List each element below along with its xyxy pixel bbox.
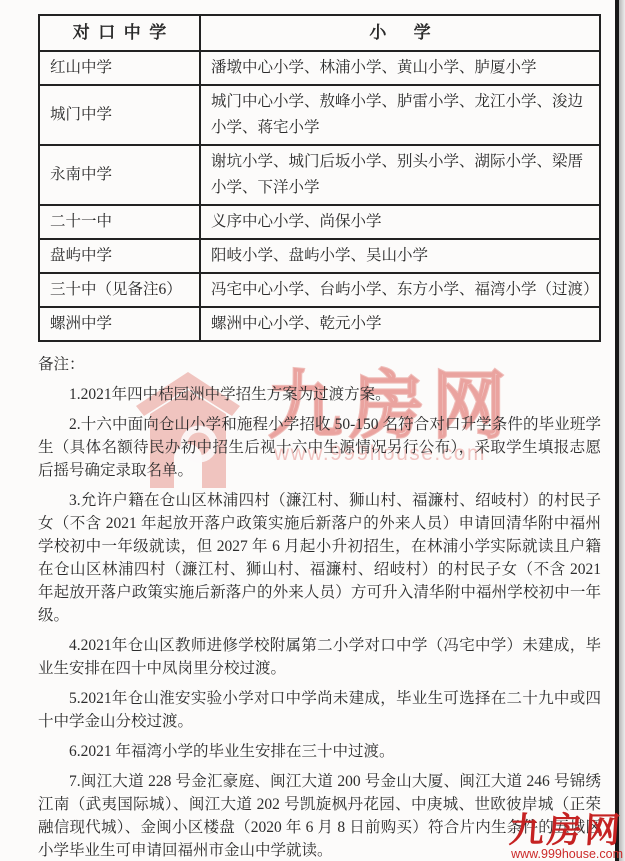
scan-edge-line — [615, 0, 619, 861]
note-item-4: 4.2021年仓山区教师进修学校附属第二小学对口中学（冯宅中学）未建成，毕业生安… — [38, 634, 601, 680]
note-item-2: 2.十六中面向仓山小学和施程小学招收 50-150 名符合对口升学条件的毕业班学… — [38, 413, 601, 482]
primary-schools-cell: 阳岐小学、盘屿小学、吴山小学 — [200, 239, 600, 273]
header-middle-school-label: 对口中学 — [64, 23, 175, 42]
document-page: 对口中学 小学 红山中学 潘墩中心小学、林浦小学、黄山小学、胪厦小学 城门中学 … — [0, 0, 625, 861]
header-primary-school-label: 小学 — [342, 23, 458, 42]
note-item-7: 7.闽江大道 228 号金汇豪庭、闽江大道 200 号金山大厦、闽江大道 246… — [38, 770, 601, 861]
primary-schools-cell: 义序中心小学、尚保小学 — [200, 205, 600, 239]
table-row: 永南中学 谢坑小学、城门后坂小学、别头小学、湖际小学、梁厝小学、下洋小学 — [39, 145, 600, 205]
notes-section: 备注： 1.2021年四中桔园洲中学招生方案为过渡方案。 2.十六中面向仓山小学… — [38, 353, 601, 861]
middle-school-cell: 盘屿中学 — [39, 239, 200, 273]
table-row: 二十一中 义序中心小学、尚保小学 — [39, 205, 600, 239]
middle-school-cell: 永南中学 — [39, 145, 200, 205]
header-primary-school: 小学 — [200, 15, 600, 51]
primary-schools-cell: 冯宅中心小学、台屿小学、东方小学、福湾小学（过渡） — [200, 273, 600, 307]
primary-schools-cell: 谢坑小学、城门后坂小学、别头小学、湖际小学、梁厝小学、下洋小学 — [200, 145, 600, 205]
notes-title: 备注： — [38, 353, 601, 376]
school-mapping-table: 对口中学 小学 红山中学 潘墩中心小学、林浦小学、黄山小学、胪厦小学 城门中学 … — [38, 14, 601, 342]
middle-school-cell: 二十一中 — [39, 205, 200, 239]
middle-school-cell: 螺洲中学 — [39, 307, 200, 341]
note-item-1: 1.2021年四中桔园洲中学招生方案为过渡方案。 — [38, 383, 601, 406]
table-row: 红山中学 潘墩中心小学、林浦小学、黄山小学、胪厦小学 — [39, 51, 600, 85]
table-row: 盘屿中学 阳岐小学、盘屿小学、吴山小学 — [39, 239, 600, 273]
note-item-6: 6.2021 年福湾小学的毕业生安排在三十中过渡。 — [38, 740, 601, 763]
scan-edge-gray — [619, 0, 625, 861]
note-item-5: 5.2021年仓山淮安实验小学对口中学尚未建成，毕业生可选择在二十九中或四十中学… — [38, 687, 601, 733]
note-item-3: 3.允许户籍在仓山区林浦四村（濂江村、狮山村、福濂村、绍岐村）的村民子女（不含 … — [38, 489, 601, 627]
middle-school-cell: 三十中（见备注6） — [39, 273, 200, 307]
table-row: 城门中学 城门中心小学、敖峰小学、胪雷小学、龙江小学、浚边小学、蒋宅小学 — [39, 85, 600, 145]
header-middle-school: 对口中学 — [39, 15, 200, 51]
table-header-row: 对口中学 小学 — [39, 15, 600, 51]
primary-schools-cell: 城门中心小学、敖峰小学、胪雷小学、龙江小学、浚边小学、蒋宅小学 — [200, 85, 600, 145]
primary-schools-cell: 螺洲中心小学、乾元小学 — [200, 307, 600, 341]
table-row: 螺洲中学 螺洲中心小学、乾元小学 — [39, 307, 600, 341]
middle-school-cell: 城门中学 — [39, 85, 200, 145]
primary-schools-cell: 潘墩中心小学、林浦小学、黄山小学、胪厦小学 — [200, 51, 600, 85]
middle-school-cell: 红山中学 — [39, 51, 200, 85]
table-row: 三十中（见备注6） 冯宅中心小学、台屿小学、东方小学、福湾小学（过渡） — [39, 273, 600, 307]
